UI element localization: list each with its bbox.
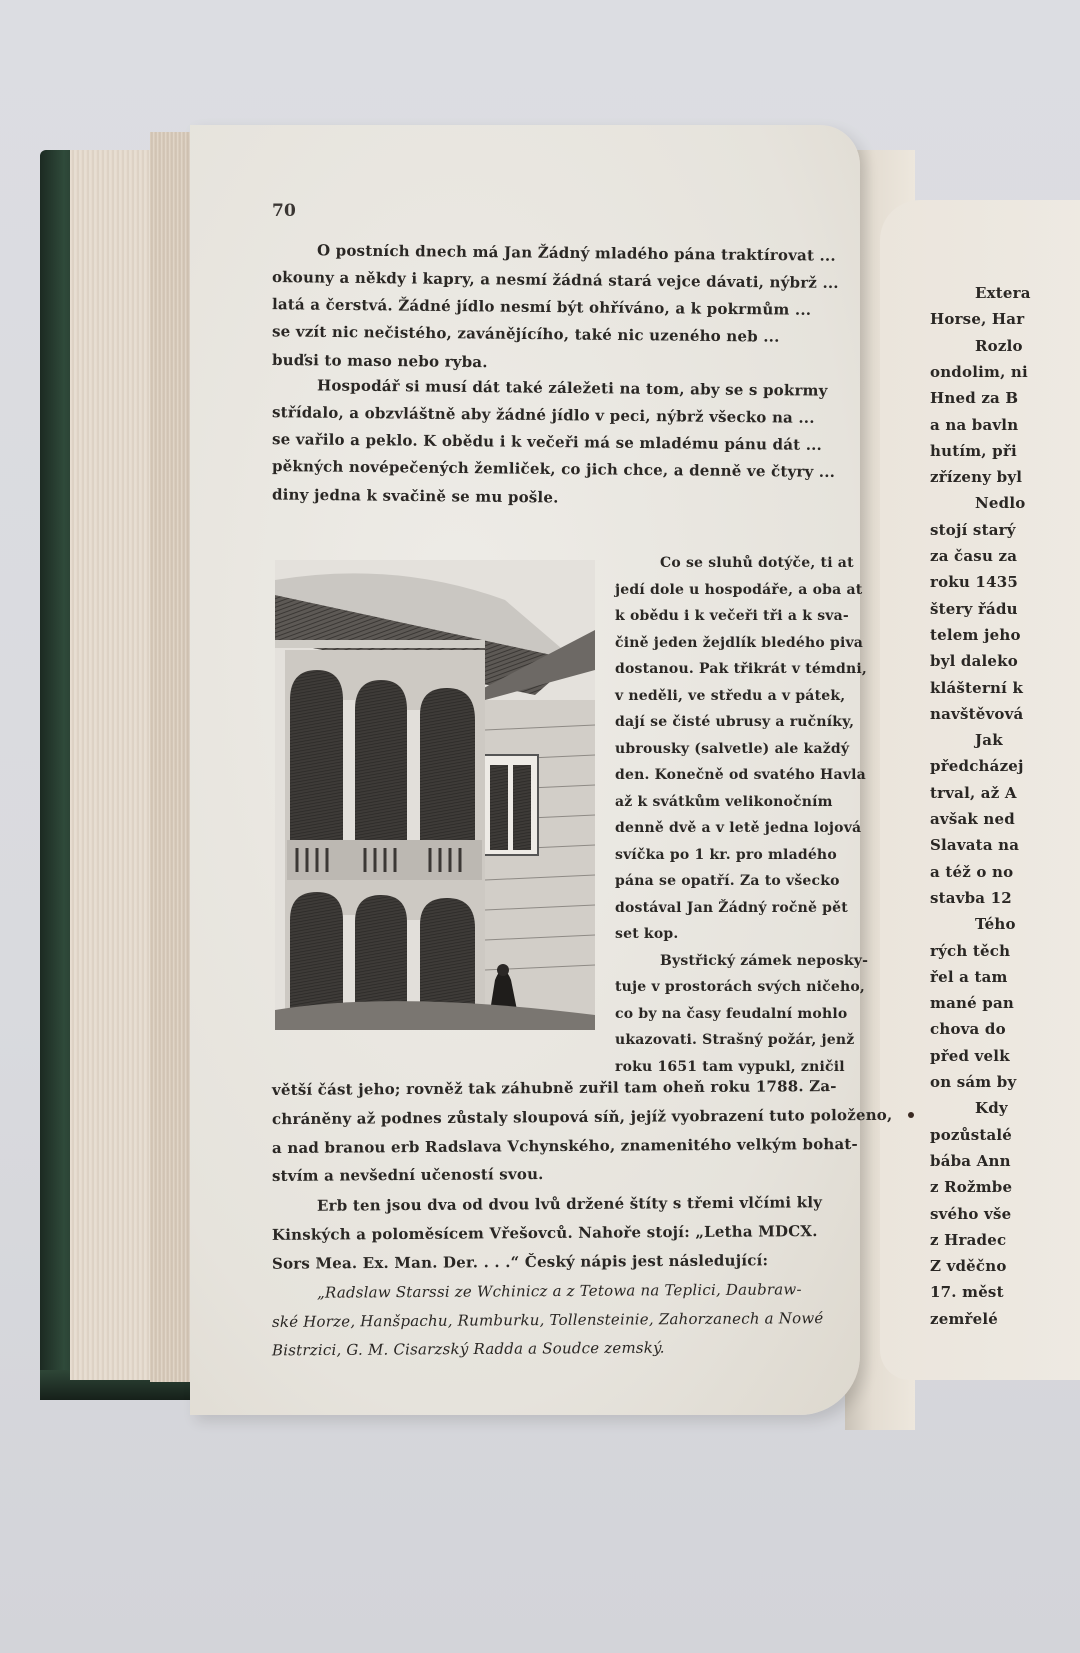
text-line: a nad branou erb Radslava Vchynského, zn… xyxy=(272,1131,858,1162)
text-line: Slavata na xyxy=(930,832,1019,859)
text-line: „Radslaw Starssi ze Wchinicz a z Tetowa … xyxy=(317,1276,802,1306)
text-line: až k svátkům velikonočním xyxy=(615,789,833,816)
text-line: a též o no xyxy=(930,859,1013,886)
text-line: čině jeden žejdlík bledého piva xyxy=(615,630,863,657)
text-line: Sors Mea. Ex. Man. Der. . . .“ Český náp… xyxy=(272,1247,768,1277)
text-line: z Rožmbe xyxy=(930,1174,1012,1201)
text-line: telem jeho xyxy=(930,622,1021,649)
text-line: dostával Jan Žádný ročně pět xyxy=(615,895,848,922)
text-line: ubrousky (salvetle) ale každý xyxy=(615,736,849,763)
text-line: on sám by xyxy=(930,1069,1016,1096)
text-line: stavba 12 xyxy=(930,885,1012,912)
text-line: Hned za B xyxy=(930,385,1018,412)
ink-spot xyxy=(908,1112,914,1118)
text-line: Kinských a poloměsícem Vřešovců. Nahoře … xyxy=(272,1218,818,1249)
text-line: předcházej xyxy=(930,753,1024,780)
text-line: Z vděčno xyxy=(930,1253,1007,1280)
text-line: svíčka po 1 kr. pro mladého xyxy=(615,842,837,869)
text-line: Co se sluhů dotýče, ti at xyxy=(660,550,854,577)
text-line: pána se opatří. Za to všecko xyxy=(615,868,840,895)
text-line: byl daleko xyxy=(930,648,1018,675)
text-line: klášterní k xyxy=(930,675,1023,702)
text-line: dostanou. Pak třikrát v témdni, xyxy=(615,656,867,683)
text-line: Bystřický zámek neposky- xyxy=(660,948,868,975)
text-line: diny jedna k svačině se mu pošle. xyxy=(272,482,559,512)
text-line: roku 1435 xyxy=(930,569,1018,596)
text-line: svého vše xyxy=(930,1201,1011,1228)
text-line: chráněny až podnes zůstaly sloupová síň,… xyxy=(272,1102,893,1133)
text-line: za času za xyxy=(930,543,1017,570)
castle-arcade-engraving-icon xyxy=(275,560,595,1030)
text-line: štery řádu xyxy=(930,596,1018,623)
text-line: chova do xyxy=(930,1016,1006,1043)
text-line: zřízeny byl xyxy=(930,464,1022,491)
text-line: před velk xyxy=(930,1043,1010,1070)
text-line: pozůstalé xyxy=(930,1122,1012,1149)
text-line: Jak xyxy=(975,727,1003,754)
text-line: Extera xyxy=(975,280,1031,307)
text-line: k obědu i k večeři tři a k sva- xyxy=(615,603,849,630)
text-line: ukazovati. Strašný požár, jenž xyxy=(615,1027,854,1054)
text-line: větší část jeho; rovněž tak záhubně zuři… xyxy=(272,1073,837,1104)
courtyard-illustration xyxy=(275,560,595,1030)
text-line: trval, až A xyxy=(930,780,1017,807)
page-number: 70 xyxy=(272,198,296,225)
text-line: buďsi to maso nebo ryba. xyxy=(272,347,488,376)
text-line: co by na časy feudalní mohlo xyxy=(615,1001,847,1028)
text-line: Erb ten jsou dva od dvou lvů držené štít… xyxy=(317,1189,822,1220)
text-line: rých těch xyxy=(930,938,1010,965)
text-line: denně dvě a v letě jedna lojová xyxy=(615,815,861,842)
text-line: ské Horze, Hanšpachu, Rumburku, Tollenst… xyxy=(272,1305,824,1336)
text-line: navštěvová xyxy=(930,701,1023,728)
text-line: zemřelé xyxy=(930,1306,998,1333)
text-line: tuje v prostorách svých ničeho, xyxy=(615,974,865,1001)
text-line: stojí starý xyxy=(930,517,1016,544)
page-edges xyxy=(70,150,160,1380)
text-line: Horse, Har xyxy=(930,306,1024,333)
text-line: z Hradec xyxy=(930,1227,1006,1254)
text-line: stvím a nevšední učeností svou. xyxy=(272,1161,544,1190)
text-line: Tého xyxy=(975,911,1016,938)
text-line: řel a tam xyxy=(930,964,1008,991)
text-line: jedí dole u hospodáře, a oba at xyxy=(615,577,862,604)
text-line: bába Ann xyxy=(930,1148,1011,1175)
text-line: se vzít nic nečistého, zavánějícího, tak… xyxy=(272,318,780,350)
text-line: ondolim, ni xyxy=(930,359,1028,386)
text-line: a na bavln xyxy=(930,412,1018,439)
text-line: avšak ned xyxy=(930,806,1015,833)
text-line: dají se čisté ubrusy a ručníky, xyxy=(615,709,854,736)
text-line: hutím, při xyxy=(930,438,1017,465)
text-line: 17. měst xyxy=(930,1279,1004,1306)
text-line: Nedlo xyxy=(975,490,1025,517)
text-line: Rozlo xyxy=(975,333,1023,360)
text-line: Kdy xyxy=(975,1095,1008,1122)
text-line: v neděli, ve středu a v pátek, xyxy=(615,683,845,710)
text-line: den. Konečně od svatého Havla xyxy=(615,762,866,789)
text-line: Bistrzici, G. M. Cisarzský Radda a Soudc… xyxy=(272,1335,665,1365)
text-line: set kop. xyxy=(615,921,678,948)
text-line: mané pan xyxy=(930,990,1014,1017)
